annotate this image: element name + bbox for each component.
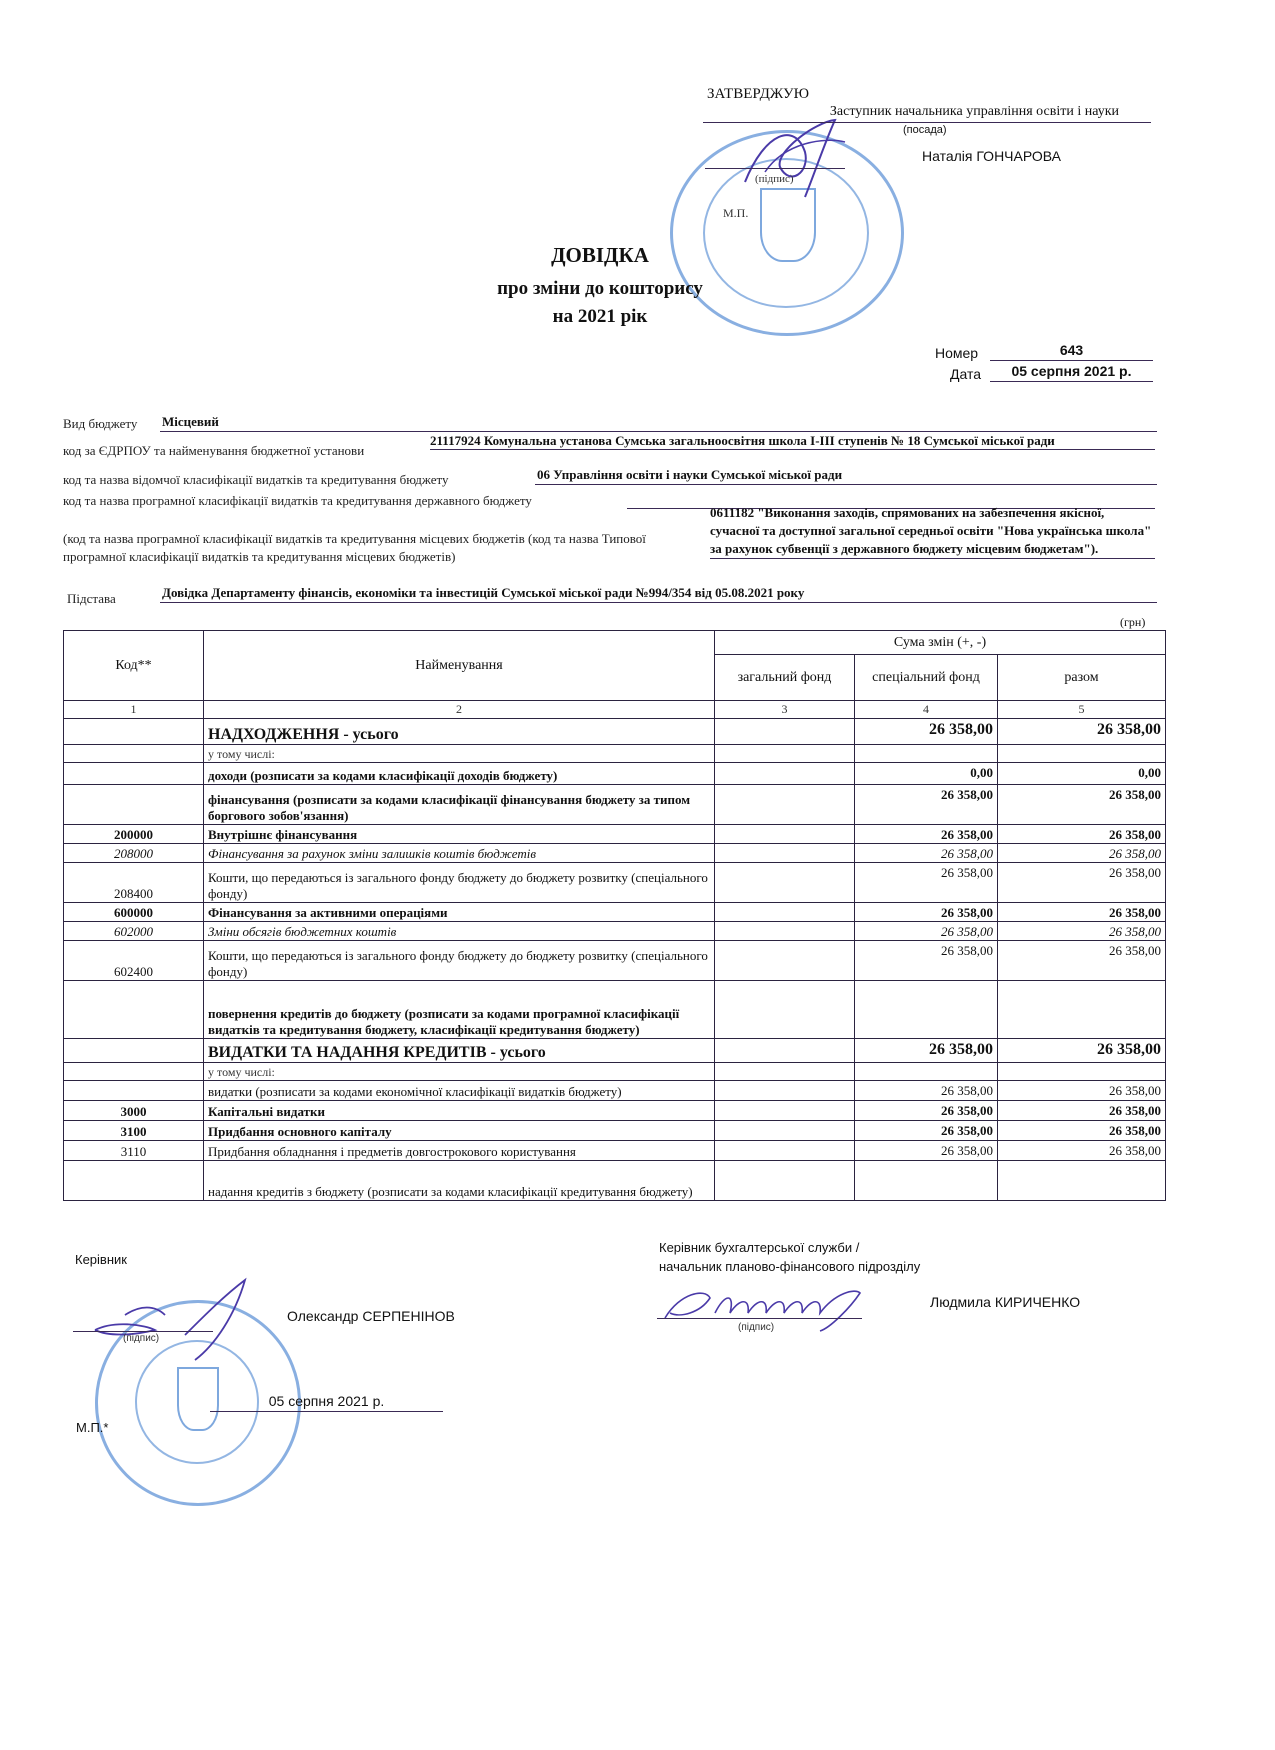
row-code: 602400 — [64, 941, 204, 981]
row-total: 26 358,00 — [998, 844, 1166, 863]
row-name: ВИДАТКИ ТА НАДАННЯ КРЕДИТІВ - усього — [204, 1039, 715, 1063]
row-general-fund — [715, 785, 855, 825]
row-special-fund: 26 358,00 — [855, 903, 998, 922]
row-special-fund: 26 358,00 — [855, 863, 998, 903]
table-row: 208400Кошти, що передаються із загальног… — [64, 863, 1166, 903]
approver-position: Заступник начальника управління освіти і… — [703, 104, 1151, 123]
table-row: фінансування (розписати за кодами класиф… — [64, 785, 1166, 825]
row-general-fund — [715, 1141, 855, 1161]
head-label: Керівник — [75, 1252, 127, 1267]
row-total — [998, 1161, 1166, 1201]
row-general-fund — [715, 719, 855, 745]
row-name: Фінансування за активними операціями — [204, 903, 715, 922]
table-row: 3110Придбання обладнання і предметів дов… — [64, 1141, 1166, 1161]
col-header-sum-group: Сума змін (+, -) — [715, 631, 1166, 655]
row-special-fund: 26 358,00 — [855, 844, 998, 863]
row-general-fund — [715, 1101, 855, 1121]
approver-signature-line — [705, 168, 845, 169]
row-name: Придбання основного капіталу — [204, 1121, 715, 1141]
row-general-fund — [715, 844, 855, 863]
row-name: у тому числі: — [204, 1063, 715, 1081]
col-header-special-fund: спеціальний фонд — [855, 655, 998, 701]
col-header-name: Найменування — [204, 631, 715, 701]
row-general-fund — [715, 825, 855, 844]
accountant-label-line2: начальник планово-фінансового підрозділу — [659, 1259, 920, 1274]
head-name: Олександр СЕРПЕНІНОВ — [287, 1308, 455, 1324]
row-special-fund: 26 358,00 — [855, 719, 998, 745]
row-special-fund: 26 358,00 — [855, 1101, 998, 1121]
col-number-3: 3 — [715, 701, 855, 719]
row-name: видатки (розписати за кодами економічної… — [204, 1081, 715, 1101]
table-row: 3000Капітальні видатки26 358,0026 358,00 — [64, 1101, 1166, 1121]
row-total — [998, 981, 1166, 1039]
row-name: Кошти, що передаються із загального фонд… — [204, 863, 715, 903]
row-general-fund — [715, 763, 855, 785]
position-caption: (посада) — [903, 124, 947, 136]
row-code — [64, 745, 204, 763]
row-code — [64, 785, 204, 825]
row-code: 208400 — [64, 863, 204, 903]
document-title: ДОВІДКА — [430, 243, 770, 268]
row-special-fund: 26 358,00 — [855, 922, 998, 941]
row-special-fund: 26 358,00 — [855, 941, 998, 981]
row-total: 26 358,00 — [998, 1081, 1166, 1101]
row-general-fund — [715, 1121, 855, 1141]
row-name: у тому числі: — [204, 745, 715, 763]
document-year: на 2021 рік — [430, 306, 770, 328]
approval-title: ЗАТВЕРДЖУЮ — [707, 86, 809, 103]
row-code — [64, 1063, 204, 1081]
row-total: 26 358,00 — [998, 825, 1166, 844]
row-total: 26 358,00 — [998, 922, 1166, 941]
column-numbers-row: 1 2 3 4 5 — [64, 701, 1166, 719]
row-special-fund — [855, 745, 998, 763]
head-sign-date: 05 серпня 2021 р. — [210, 1393, 443, 1412]
accountant-name: Людмила КИРИЧЕНКО — [930, 1294, 1080, 1310]
number-label: Номер — [935, 345, 978, 361]
accountant-signature-caption: (підпис) — [738, 1322, 774, 1333]
state-program-label: код та назва програмної класифікації вид… — [63, 493, 532, 509]
department-classification-label: код та назва відомчої класифікації видат… — [63, 472, 449, 488]
col-header-general-fund: загальний фонд — [715, 655, 855, 701]
row-name: НАДХОДЖЕННЯ - усього — [204, 719, 715, 745]
row-code — [64, 719, 204, 745]
row-general-fund — [715, 1063, 855, 1081]
row-code: 208000 — [64, 844, 204, 863]
head-signature-caption: (підпис) — [123, 1333, 159, 1344]
basis-label: Підстава — [67, 591, 116, 607]
row-total: 26 358,00 — [998, 903, 1166, 922]
document-date: 05 серпня 2021 р. — [990, 363, 1153, 382]
row-special-fund: 0,00 — [855, 763, 998, 785]
row-code: 602000 — [64, 922, 204, 941]
row-general-fund — [715, 941, 855, 981]
row-name: доходи (розписати за кодами класифікації… — [204, 763, 715, 785]
col-header-total: разом — [998, 655, 1166, 701]
row-code — [64, 1081, 204, 1101]
table-row: повернення кредитів до бюджету (розписат… — [64, 981, 1166, 1039]
accountant-signature-line — [657, 1318, 862, 1319]
col-number-4: 4 — [855, 701, 998, 719]
row-code — [64, 1161, 204, 1201]
row-general-fund — [715, 903, 855, 922]
row-name: Капітальні видатки — [204, 1101, 715, 1121]
row-special-fund: 26 358,00 — [855, 1141, 998, 1161]
row-general-fund — [715, 1161, 855, 1201]
row-general-fund — [715, 745, 855, 763]
row-total: 26 358,00 — [998, 719, 1166, 745]
row-code — [64, 763, 204, 785]
table-row: доходи (розписати за кодами класифікації… — [64, 763, 1166, 785]
budget-type-value: Місцевий — [160, 414, 1157, 432]
row-total: 26 358,00 — [998, 1101, 1166, 1121]
row-name: повернення кредитів до бюджету (розписат… — [204, 981, 715, 1039]
row-special-fund — [855, 1161, 998, 1201]
row-special-fund — [855, 1063, 998, 1081]
row-special-fund: 26 358,00 — [855, 785, 998, 825]
approver-signature — [735, 112, 855, 202]
row-general-fund — [715, 922, 855, 941]
row-total: 0,00 — [998, 763, 1166, 785]
head-signature — [85, 1275, 275, 1365]
row-special-fund: 26 358,00 — [855, 1081, 998, 1101]
row-general-fund — [715, 1081, 855, 1101]
row-general-fund — [715, 981, 855, 1039]
date-label: Дата — [950, 366, 981, 382]
table-row: 208000Фінансування за рахунок зміни зали… — [64, 844, 1166, 863]
row-special-fund: 26 358,00 — [855, 1121, 998, 1141]
department-classification-value: 06 Управління освіти і науки Сумської мі… — [535, 467, 1157, 485]
head-signature-line — [73, 1331, 213, 1332]
table-row: 602000Зміни обсягів бюджетних коштів26 3… — [64, 922, 1166, 941]
table-row: видатки (розписати за кодами економічної… — [64, 1081, 1166, 1101]
row-total: 26 358,00 — [998, 785, 1166, 825]
row-total: 26 358,00 — [998, 1121, 1166, 1141]
row-special-fund: 26 358,00 — [855, 825, 998, 844]
row-code — [64, 1039, 204, 1063]
head-stamp-mark: М.П.* — [76, 1420, 108, 1435]
stamp-mark: М.П. — [723, 206, 748, 221]
row-name: Фінансування за рахунок зміни залишків к… — [204, 844, 715, 863]
table-row: 3100Придбання основного капіталу26 358,0… — [64, 1121, 1166, 1141]
approver-name: Наталія ГОНЧАРОВА — [922, 148, 1061, 164]
row-total: 26 358,00 — [998, 863, 1166, 903]
currency-unit: (грн) — [1120, 615, 1145, 630]
row-code: 3000 — [64, 1101, 204, 1121]
row-total — [998, 745, 1166, 763]
col-number-2: 2 — [204, 701, 715, 719]
row-total: 26 358,00 — [998, 1141, 1166, 1161]
col-number-1: 1 — [64, 701, 204, 719]
row-name: фінансування (розписати за кодами класиф… — [204, 785, 715, 825]
local-program-value: 0611182 "Виконання заходів, спрямованих … — [710, 504, 1155, 559]
row-code: 600000 — [64, 903, 204, 922]
document-subtitle: про зміни до кошторису — [430, 278, 770, 300]
row-name: Зміни обсягів бюджетних коштів — [204, 922, 715, 941]
local-program-label: (код та назва програмної класифікації ви… — [63, 530, 683, 566]
signature-caption: (підпис) — [755, 173, 794, 185]
table-row: НАДХОДЖЕННЯ - усього26 358,0026 358,00 — [64, 719, 1166, 745]
edrpou-label: код за ЄДРПОУ та найменування бюджетної … — [63, 443, 364, 459]
table-row: 200000Внутрішнє фінансування26 358,0026 … — [64, 825, 1166, 844]
row-name: надання кредитів з бюджету (розписати за… — [204, 1161, 715, 1201]
table-row: у тому числі: — [64, 1063, 1166, 1081]
table-row: ВИДАТКИ ТА НАДАННЯ КРЕДИТІВ - усього26 3… — [64, 1039, 1166, 1063]
row-total: 26 358,00 — [998, 941, 1166, 981]
table-row: надання кредитів з бюджету (розписати за… — [64, 1161, 1166, 1201]
row-special-fund: 26 358,00 — [855, 1039, 998, 1063]
row-special-fund — [855, 981, 998, 1039]
row-code: 3100 — [64, 1121, 204, 1141]
changes-table: Код** Найменування Сума змін (+, -) зага… — [63, 630, 1165, 1201]
table-row: 600000Фінансування за активними операція… — [64, 903, 1166, 922]
document-number: 643 — [990, 342, 1153, 361]
row-general-fund — [715, 863, 855, 903]
row-name: Придбання обладнання і предметів довгост… — [204, 1141, 715, 1161]
row-code: 200000 — [64, 825, 204, 844]
row-general-fund — [715, 1039, 855, 1063]
row-name: Кошти, що передаються із загального фонд… — [204, 941, 715, 981]
table-row: 602400Кошти, що передаються із загальног… — [64, 941, 1166, 981]
row-name: Внутрішнє фінансування — [204, 825, 715, 844]
col-number-5: 5 — [998, 701, 1166, 719]
row-total — [998, 1063, 1166, 1081]
row-total: 26 358,00 — [998, 1039, 1166, 1063]
institution-value: 21117924 Комунальна установа Сумська заг… — [430, 432, 1155, 450]
row-code: 3110 — [64, 1141, 204, 1161]
row-code — [64, 981, 204, 1039]
budget-type-label: Вид бюджету — [63, 416, 137, 432]
basis-value: Довідка Департаменту фінансів, економіки… — [160, 585, 1157, 603]
accountant-label-line1: Керівник бухгалтерської служби / — [659, 1240, 859, 1255]
table-row: у тому числі: — [64, 745, 1166, 763]
col-header-code: Код** — [64, 631, 204, 701]
